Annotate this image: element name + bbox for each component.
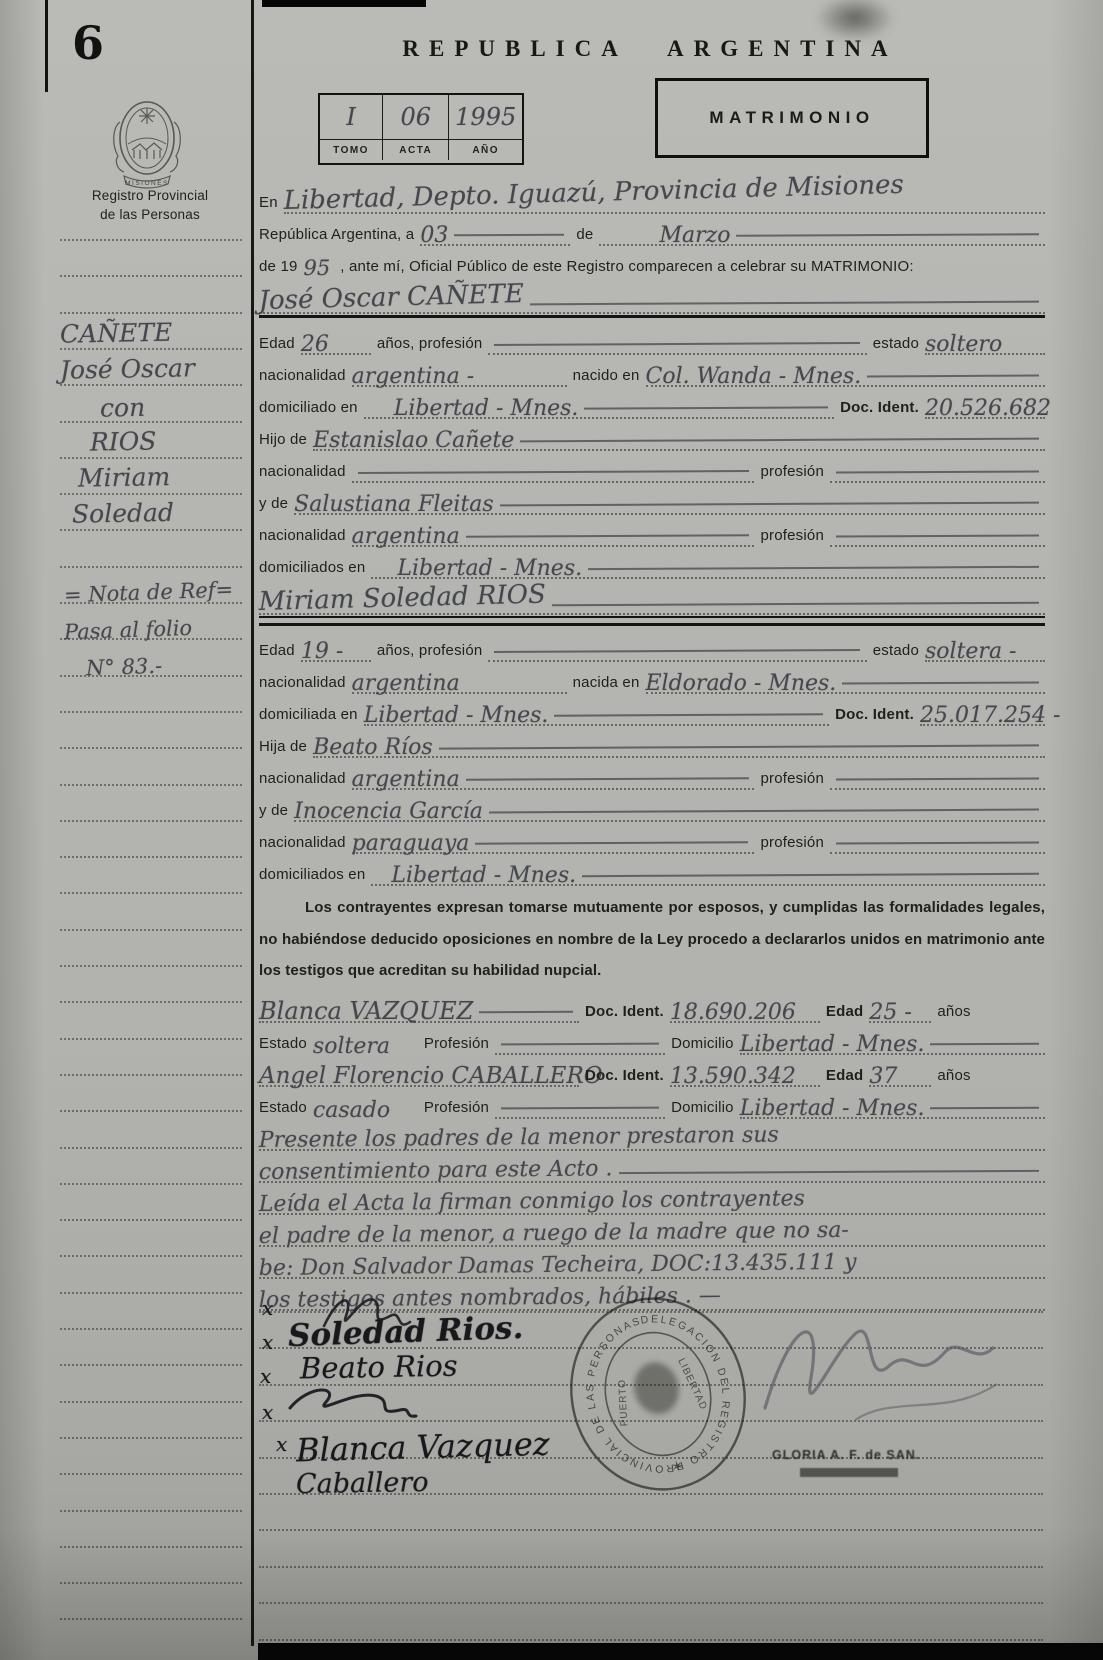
bride-age: 19 - [301, 639, 343, 664]
document-title: REPUBLICA ARGENTINA [300, 36, 1000, 62]
y-de-label: y de [259, 802, 288, 822]
margin-givenname-bride: Miriam [78, 460, 268, 492]
margin-dotted-line [60, 384, 242, 386]
scan-bottom-band [258, 1643, 1103, 1660]
bride-domicile-row: domiciliada en Libertad - Mnes. Doc. Ide… [259, 694, 1045, 726]
margin-surname-groom: CAÑETE [60, 316, 250, 348]
margin-dotted-line [60, 275, 242, 277]
margin-dotted-line [60, 1110, 242, 1112]
nacida-label: nacida en [573, 674, 640, 694]
bride-name-row: Miriam Soledad RIOS [259, 579, 1045, 615]
closing-row-5: be: Don Salvador Damas Techeira, DOC:13.… [259, 1247, 1045, 1279]
place-value: Libertad, Depto. Iguazú, Provincia de Mi… [283, 170, 904, 216]
groom-nationality-row: nacionalidad argentina - nacido en Col. … [259, 355, 1045, 387]
witness1-detail-row: Estado soltera Profesión Domicilio Liber… [259, 1023, 1045, 1055]
main-dotted-line [259, 1529, 1043, 1531]
groom-mother-nationality-row: nacionalidad argentina profesión [259, 515, 1045, 547]
signature-blanca-vazquez: Blanca Vazquez [296, 1425, 551, 1470]
bride-name: Miriam Soledad RIOS [258, 579, 546, 617]
bride-mother-nationality-row: nacionalidad paraguaya profesión [259, 822, 1045, 854]
domicilio-label: Domicilio [671, 1099, 734, 1119]
acta-value: 06 [383, 95, 449, 139]
margin-dotted-line [60, 784, 242, 786]
document-page: 6 MISIONES Registro Provincial de las Pe… [0, 0, 1103, 1660]
margin-rule [251, 0, 254, 1646]
profesion-label: Profesión [424, 1035, 489, 1055]
margin-dotted-line [60, 1255, 242, 1257]
nacionalidad-label: nacionalidad [259, 463, 346, 483]
acta-label: ACTA [383, 139, 449, 160]
margin-dotted-line [60, 1074, 242, 1076]
estado-label: Estado [259, 1099, 307, 1119]
estado-label: estado [873, 642, 919, 662]
estado-label: Estado [259, 1035, 307, 1055]
domiciliado-label: domiciliado en [259, 399, 358, 419]
de19-label: de 19 [259, 258, 298, 278]
declaration-paragraph: Los contrayentes expresan tomarse mutuam… [259, 892, 1045, 987]
page-number: 6 [72, 16, 104, 70]
signature-beato-rios: Beato Rios [300, 1349, 458, 1386]
doc-ident-label: Doc. Ident. [835, 706, 914, 726]
edad-label: Edad [826, 1067, 863, 1087]
margin-dotted-line [60, 1038, 242, 1040]
edad-label: Edad [826, 1003, 863, 1023]
registry-name: Registro Provincial de las Personas [52, 186, 248, 224]
official-name-stamp: GLORIA A. F. de SAN. [772, 1448, 920, 1462]
closing-line: Presente los padres de la menor prestaro… [259, 1122, 779, 1152]
margin-givenname2-bride: Soledad [72, 496, 262, 528]
closing-row-4: el padre de la menor, a ruego de la madr… [259, 1215, 1045, 1247]
place-row: En Libertad, Depto. Iguazú, Provincia de… [259, 178, 1045, 214]
hijo-de-label: Hijo de [259, 431, 307, 451]
scan-left-mark [45, 0, 48, 92]
domiciliados-label: domiciliados en [259, 559, 365, 579]
x-mark-2: x [262, 1330, 273, 1354]
nacionalidad-label: nacionalidad [259, 770, 346, 790]
ano-label: AÑO [449, 139, 522, 160]
x-mark-5: x [276, 1432, 287, 1456]
closing-row-3: Leída el Acta la firman conmigo los cont… [259, 1183, 1045, 1215]
x-mark-1: x [262, 1296, 273, 1320]
profesion-label: Profesión [424, 1099, 489, 1119]
bride-father-nationality-row: nacionalidad argentina profesión [259, 758, 1045, 790]
margin-dotted-line [60, 1510, 242, 1512]
en-label: En [259, 194, 278, 214]
scan-top-bar [262, 0, 426, 7]
tomo-label: TOMO [320, 139, 383, 160]
margin-givenname-groom: José Oscar [60, 352, 250, 384]
margin-dotted-line [60, 1328, 242, 1330]
witness1-name-row: Blanca VAZQUEZ Doc. Ident. 18.690.206 Ed… [259, 991, 1045, 1023]
month-value: Marzo [659, 223, 730, 248]
matrimonio-box: MATRIMONIO [655, 78, 929, 158]
margin-dotted-line [60, 312, 242, 314]
margin-dotted-line [60, 1582, 242, 1584]
main-dotted-line [259, 1566, 1043, 1568]
stamp-right-text: LIBERTAD [675, 1357, 709, 1412]
profesion-label: profesión [760, 770, 824, 790]
x-mark-3: x [260, 1364, 271, 1388]
closing-row-1: Presente los padres de la menor prestaro… [259, 1119, 1045, 1151]
main-dotted-line [259, 1639, 1043, 1641]
misiones-provincial-seal-icon: MISIONES [104, 86, 190, 202]
y-de-label: y de [259, 495, 288, 515]
oficial-text: , ante mí, Oficial Público de este Regis… [340, 258, 913, 278]
margin-dotted-line [60, 1219, 242, 1221]
margin-dotted-line [60, 1618, 242, 1620]
stamp-left-text: PUERTO [617, 1379, 630, 1427]
profesion-label: profesión [760, 527, 824, 547]
de-label: de [576, 226, 593, 246]
ano-value: 1995 [449, 95, 522, 139]
margin-dotted-line [60, 892, 242, 894]
anos-label: años [937, 1067, 970, 1087]
margin-dotted-line [60, 566, 242, 568]
bride-mother-row: y de Inocencia García [259, 790, 1045, 822]
nacionalidad-label: nacionalidad [259, 527, 346, 547]
anos-label: años [937, 1003, 970, 1023]
margin-dotted-line [60, 856, 242, 858]
official-signature [735, 1290, 1035, 1450]
groom-name-row: José Oscar CAÑETE [259, 278, 1045, 314]
profesion-label: años, profesión [377, 335, 483, 355]
tomo-value: I [320, 95, 383, 139]
republica-label: República Argentina, a [259, 226, 414, 246]
section-rule [259, 315, 1045, 318]
day-value: 03 [420, 223, 448, 248]
margin-dotted-line [60, 239, 242, 241]
profesion-label: profesión [760, 834, 824, 854]
edad-label: Edad [259, 642, 295, 662]
margin-dotted-line [60, 929, 242, 931]
margin-dotted-line [60, 747, 242, 749]
profesion-label: profesión [760, 463, 824, 483]
nacionalidad-label: nacionalidad [259, 367, 346, 387]
margin-note-line3: N° 83.- [86, 650, 277, 681]
form-body: En Libertad, Depto. Iguazú, Provincia de… [259, 178, 1045, 1311]
year-row: de 19 95 , ante mí, Oficial Público de e… [259, 246, 1045, 278]
domicilio-label: Domicilio [671, 1035, 734, 1055]
groom-age: 26 [301, 332, 329, 357]
official-name-stamp-line2 [800, 1468, 898, 1477]
domiciliada-label: domiciliada en [259, 706, 358, 726]
margin-surname-bride: RIOS [90, 424, 280, 456]
groom-domicile-row: domiciliado en Libertad - Mnes. Doc. Ide… [259, 387, 1045, 419]
closing-row-2: consentimiento para este Acto . [259, 1151, 1045, 1183]
nacionalidad-label: nacionalidad [259, 674, 346, 694]
bride-age-row: Edad 19 - años, profesión estado soltera… [259, 630, 1045, 662]
doc-ident-label: Doc. Ident. [585, 1003, 664, 1023]
margin-dotted-line [60, 529, 242, 531]
edad-label: Edad [259, 335, 295, 355]
margin-dotted-line [60, 1473, 242, 1475]
closing-line: Leída el Acta la firman conmigo los cont… [259, 1186, 805, 1217]
bride-nationality-row: nacionalidad argentina nacida en Eldorad… [259, 662, 1045, 694]
signature-caballero: Caballero [296, 1467, 429, 1500]
margin-dotted-line [60, 820, 242, 822]
hija-de-label: Hija de [259, 738, 307, 758]
margin-dotted-line [60, 1546, 242, 1548]
margin-dotted-line [60, 1401, 242, 1403]
bride-signature-scribble [282, 1382, 432, 1428]
bride-parents-domicile-row: domiciliados en Libertad - Mnes. [259, 854, 1045, 886]
x-mark-4: x [262, 1400, 273, 1424]
margin-dotted-line [60, 1147, 242, 1149]
margin-dotted-line [60, 493, 242, 495]
margin-dotted-line [60, 965, 242, 967]
domiciliados-label: domiciliados en [259, 866, 365, 886]
bride-father-row: Hija de Beato Ríos [259, 726, 1045, 758]
estado-label: estado [873, 335, 919, 355]
date-row: República Argentina, a 03 de Marzo [259, 214, 1045, 246]
groom-mother-row: y de Salustiana Fleitas [259, 483, 1045, 515]
margin-dotted-line [60, 711, 242, 713]
groom-father-row: Hijo de Estanislao Cañete [259, 419, 1045, 451]
profesion-label: años, profesión [377, 642, 483, 662]
margin-dotted-line [60, 1364, 242, 1366]
groom-father-nationality-row: nacionalidad profesión [259, 451, 1045, 483]
margin-dotted-line [60, 1183, 242, 1185]
witness1-name: Blanca VAZQUEZ [259, 997, 473, 1025]
margin-dotted-line [60, 457, 242, 459]
doc-ident-label: Doc. Ident. [840, 399, 919, 419]
nacionalidad-label: nacionalidad [259, 834, 346, 854]
witness2-detail-row: Estado casado Profesión Domicilio Libert… [259, 1087, 1045, 1119]
witness2-name-row: Angel Florencio CABALLERO Doc. Ident. 13… [259, 1055, 1045, 1087]
groom-name: José Oscar CAÑETE [258, 279, 524, 316]
main-dotted-line [259, 1602, 1043, 1604]
margin-dotted-line [60, 348, 242, 350]
margin-dotted-line [60, 1437, 242, 1439]
groom-age-row: Edad 26 años, profesión estado soltero [259, 323, 1045, 355]
parents-domicile-row: domiciliados en Libertad - Mnes. [259, 547, 1045, 579]
closing-line: consentimiento para este Acto . [259, 1156, 613, 1185]
nacido-label: nacido en [573, 367, 640, 387]
margin-dotted-line [60, 1001, 242, 1003]
doc-ident-label: Doc. Ident. [585, 1067, 664, 1087]
margin-dotted-line [60, 1292, 242, 1294]
tomo-acta-ano-box: I 06 1995 TOMO ACTA AÑO [318, 93, 524, 165]
bride-parents-domicile: Libertad - Mnes. [391, 863, 576, 888]
section-rule [259, 616, 1045, 626]
